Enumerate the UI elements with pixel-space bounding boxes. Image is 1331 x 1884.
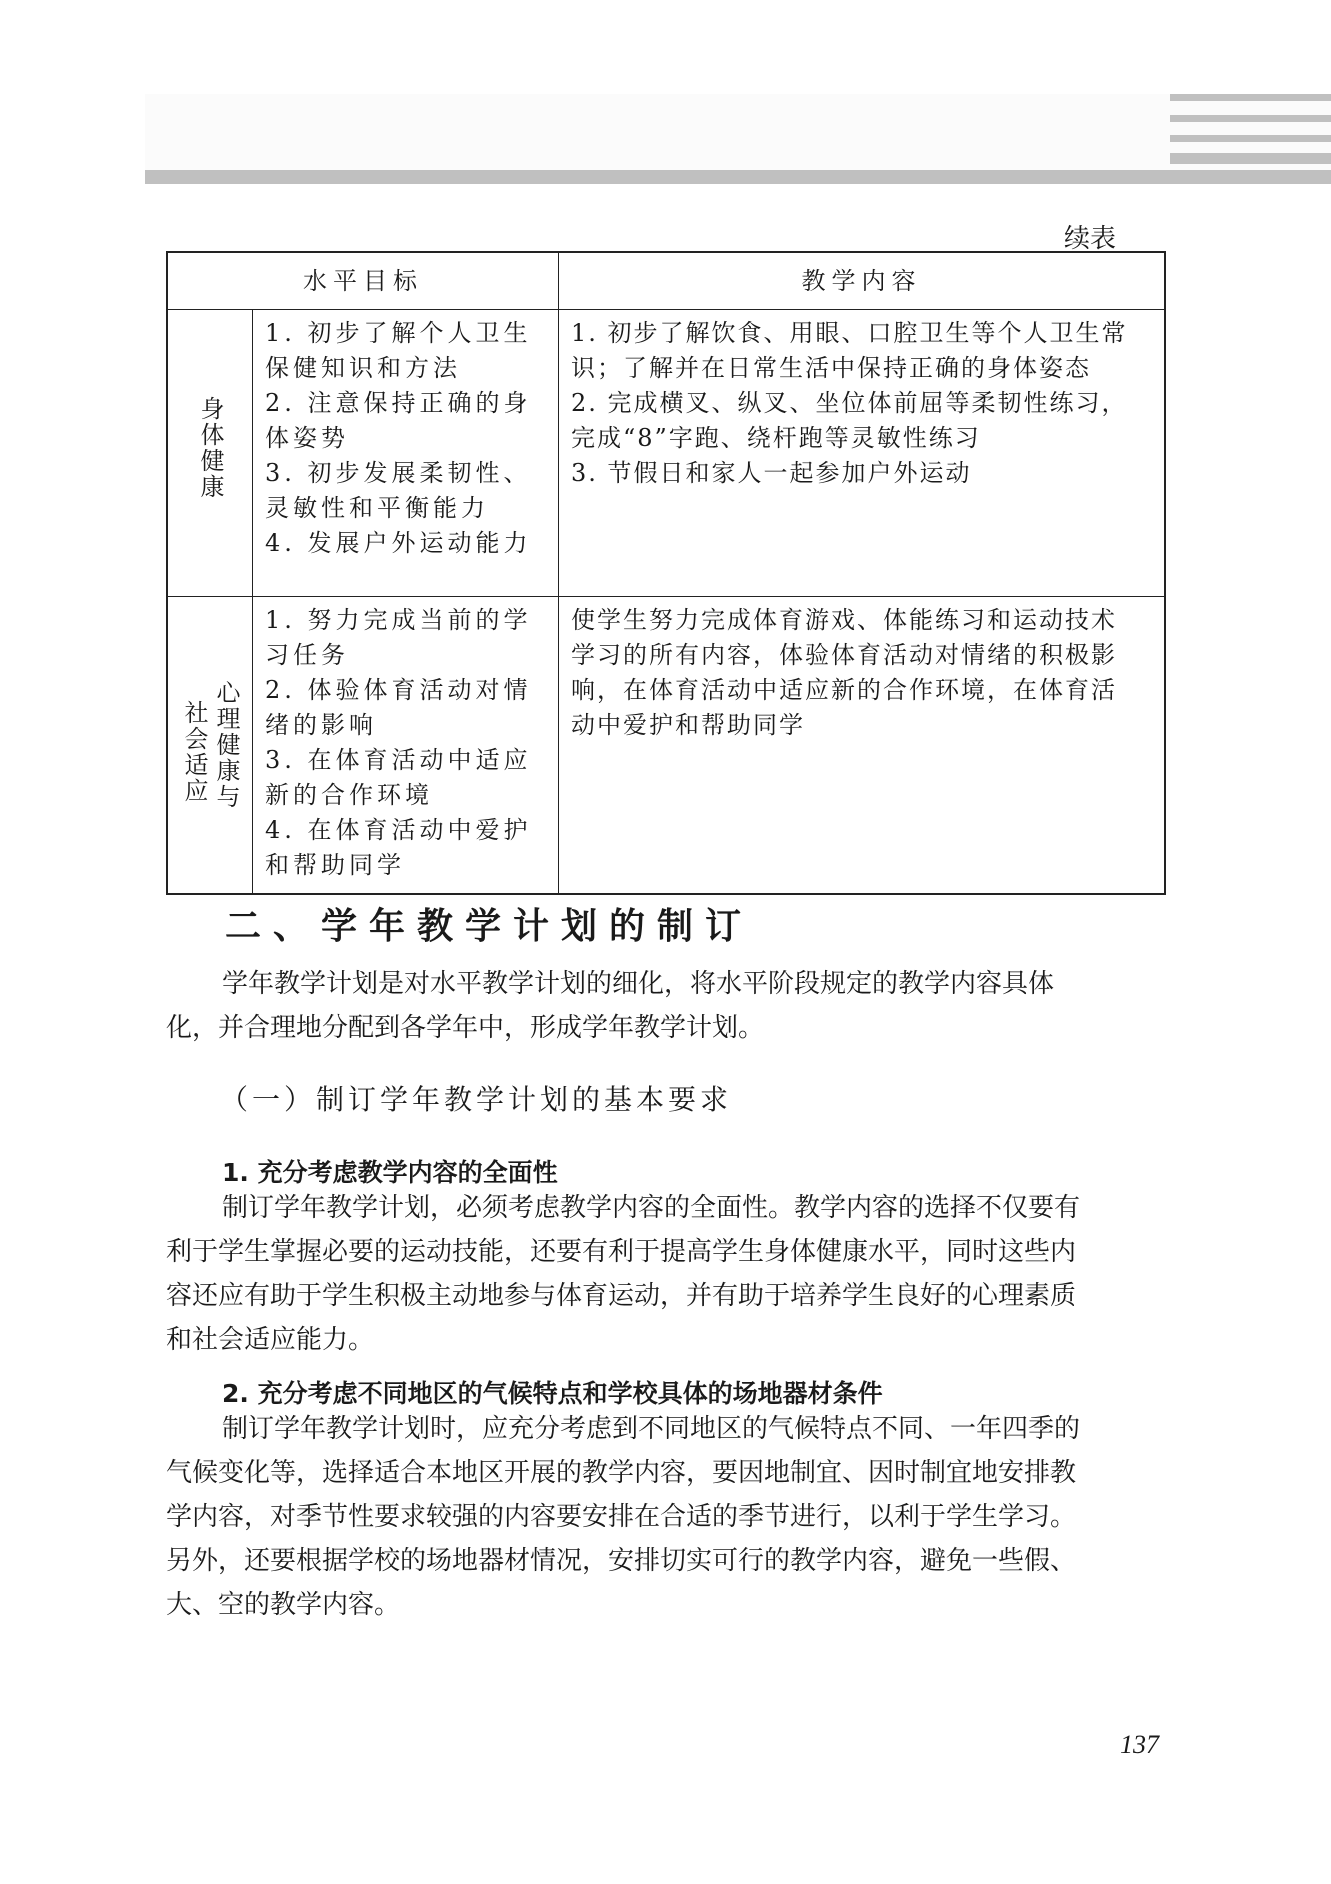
- goal-line: 4. 在体育活动中爱护: [265, 813, 550, 848]
- goal-line: 2. 注意保持正确的身: [265, 386, 550, 421]
- text-line: 学年教学计划是对水平教学计划的细化，将水平阶段规定的教学内容具体: [166, 962, 1166, 1006]
- header-stripe: [1170, 153, 1331, 164]
- category-cell: 心理健康与 社会适应: [167, 597, 253, 895]
- point-heading: 1. 充分考虑教学内容的全面性: [222, 1153, 558, 1189]
- content-cell: 1. 初步了解饮食、用眼、口腔卫生等个人卫生常 识；了解并在日常生活中保持正确的…: [559, 310, 1166, 597]
- category-cell: 身体健康: [167, 310, 253, 597]
- table-row: 心理健康与 社会适应 1. 努力完成当前的学 习任务 2. 体验体育活动对情 绪…: [167, 597, 1165, 895]
- goal-line: 体姿势: [265, 421, 550, 456]
- header-background: [145, 94, 1331, 170]
- goals-cell: 1. 初步了解个人卫生 保健知识和方法 2. 注意保持正确的身 体姿势 3. 初…: [253, 310, 559, 597]
- content-line: 学习的所有内容，体验体育活动对情绪的积极影: [571, 638, 1156, 673]
- goal-line: 绪的影响: [265, 708, 550, 743]
- goal-line: 4. 发展户外运动能力: [265, 526, 550, 561]
- point-paragraph: 制订学年教学计划时，应充分考虑到不同地区的气候特点不同、一年四季的 气候变化等，…: [166, 1407, 1166, 1627]
- subsection-title: （一）制订学年教学计划的基本要求: [220, 1078, 732, 1118]
- goal-line: 1. 初步了解个人卫生: [265, 316, 550, 351]
- section-title: 二、学年教学计划的制订: [225, 898, 753, 949]
- goal-line: 新的合作环境: [265, 778, 550, 813]
- text-line: 气候变化等，选择适合本地区开展的教学内容，要因地制宜、因时制宜地安排教: [166, 1451, 1166, 1495]
- text-line: 化，并合理地分配到各学年中，形成学年教学计划。: [166, 1006, 1166, 1050]
- goal-line: 习任务: [265, 638, 550, 673]
- content-line: 识；了解并在日常生活中保持正确的身体姿态: [571, 351, 1156, 386]
- text-line: 大、空的教学内容。: [166, 1583, 1166, 1627]
- goal-line: 灵敏性和平衡能力: [265, 491, 550, 526]
- point-paragraph: 制订学年教学计划，必须考虑教学内容的全面性。教学内容的选择不仅要有 利于学生掌握…: [166, 1186, 1166, 1362]
- content-cell: 使学生努力完成体育游戏、体能练习和运动技术 学习的所有内容，体验体育活动对情绪的…: [559, 597, 1166, 895]
- category-label: 身体健康: [196, 396, 224, 500]
- curriculum-table: 水平目标 教学内容 身体健康 1. 初步了解个人卫生 保健知识和方法 2. 注意…: [166, 251, 1166, 895]
- text-line: 和社会适应能力。: [166, 1318, 1166, 1362]
- header-stripe: [1170, 94, 1331, 101]
- page-number: 137: [1120, 1730, 1159, 1760]
- goal-line: 保健知识和方法: [265, 351, 550, 386]
- point-heading: 2. 充分考虑不同地区的气候特点和学校具体的场地器材条件: [222, 1374, 883, 1410]
- intro-paragraph: 学年教学计划是对水平教学计划的细化，将水平阶段规定的教学内容具体 化，并合理地分…: [166, 962, 1166, 1050]
- goal-line: 和帮助同学: [265, 848, 550, 883]
- text-line: 容还应有助于学生积极主动地参与体育运动，并有助于培养学生良好的心理素质: [166, 1274, 1166, 1318]
- content-line: 1. 初步了解饮食、用眼、口腔卫生等个人卫生常: [571, 316, 1156, 351]
- goal-line: 1. 努力完成当前的学: [265, 603, 550, 638]
- header-stripe: [1170, 135, 1331, 142]
- content-line: 完成“8”字跑、绕杆跑等灵敏性练习: [571, 421, 1156, 456]
- goals-cell: 1. 努力完成当前的学 习任务 2. 体验体育活动对情 绪的影响 3. 在体育活…: [253, 597, 559, 895]
- category-label: 心理健康与: [212, 680, 240, 810]
- header-content: 教学内容: [559, 252, 1166, 310]
- goal-line: 2. 体验体育活动对情: [265, 673, 550, 708]
- content-line: 3. 节假日和家人一起参加户外运动: [571, 456, 1156, 491]
- header-bar: [145, 170, 1331, 184]
- header-goals: 水平目标: [167, 252, 559, 310]
- text-line: 利于学生掌握必要的运动技能，还要有利于提高学生身体健康水平，同时这些内: [166, 1230, 1166, 1274]
- content-line: 动中爱护和帮助同学: [571, 708, 1156, 743]
- header-stripe: [1170, 115, 1331, 122]
- text-line: 另外，还要根据学校的场地器材情况，安排切实可行的教学内容，避免一些假、: [166, 1539, 1166, 1583]
- content-line: 2. 完成横叉、纵叉、坐位体前屈等柔韧性练习，: [571, 386, 1156, 421]
- goal-line: 3. 初步发展柔韧性、: [265, 456, 550, 491]
- goal-line: 3. 在体育活动中适应: [265, 743, 550, 778]
- table-row: 身体健康 1. 初步了解个人卫生 保健知识和方法 2. 注意保持正确的身 体姿势…: [167, 310, 1165, 597]
- text-line: 学内容，对季节性要求较强的内容要安排在合适的季节进行，以利于学生学习。: [166, 1495, 1166, 1539]
- table-header-row: 水平目标 教学内容: [167, 252, 1165, 310]
- text-line: 制订学年教学计划，必须考虑教学内容的全面性。教学内容的选择不仅要有: [166, 1186, 1166, 1230]
- text-line: 制订学年教学计划时，应充分考虑到不同地区的气候特点不同、一年四季的: [166, 1407, 1166, 1451]
- continued-label: 续表: [1064, 218, 1116, 255]
- content-line: 使学生努力完成体育游戏、体能练习和运动技术: [571, 603, 1156, 638]
- category-label: 社会适应: [180, 694, 208, 810]
- content-line: 响，在体育活动中适应新的合作环境，在体育活: [571, 673, 1156, 708]
